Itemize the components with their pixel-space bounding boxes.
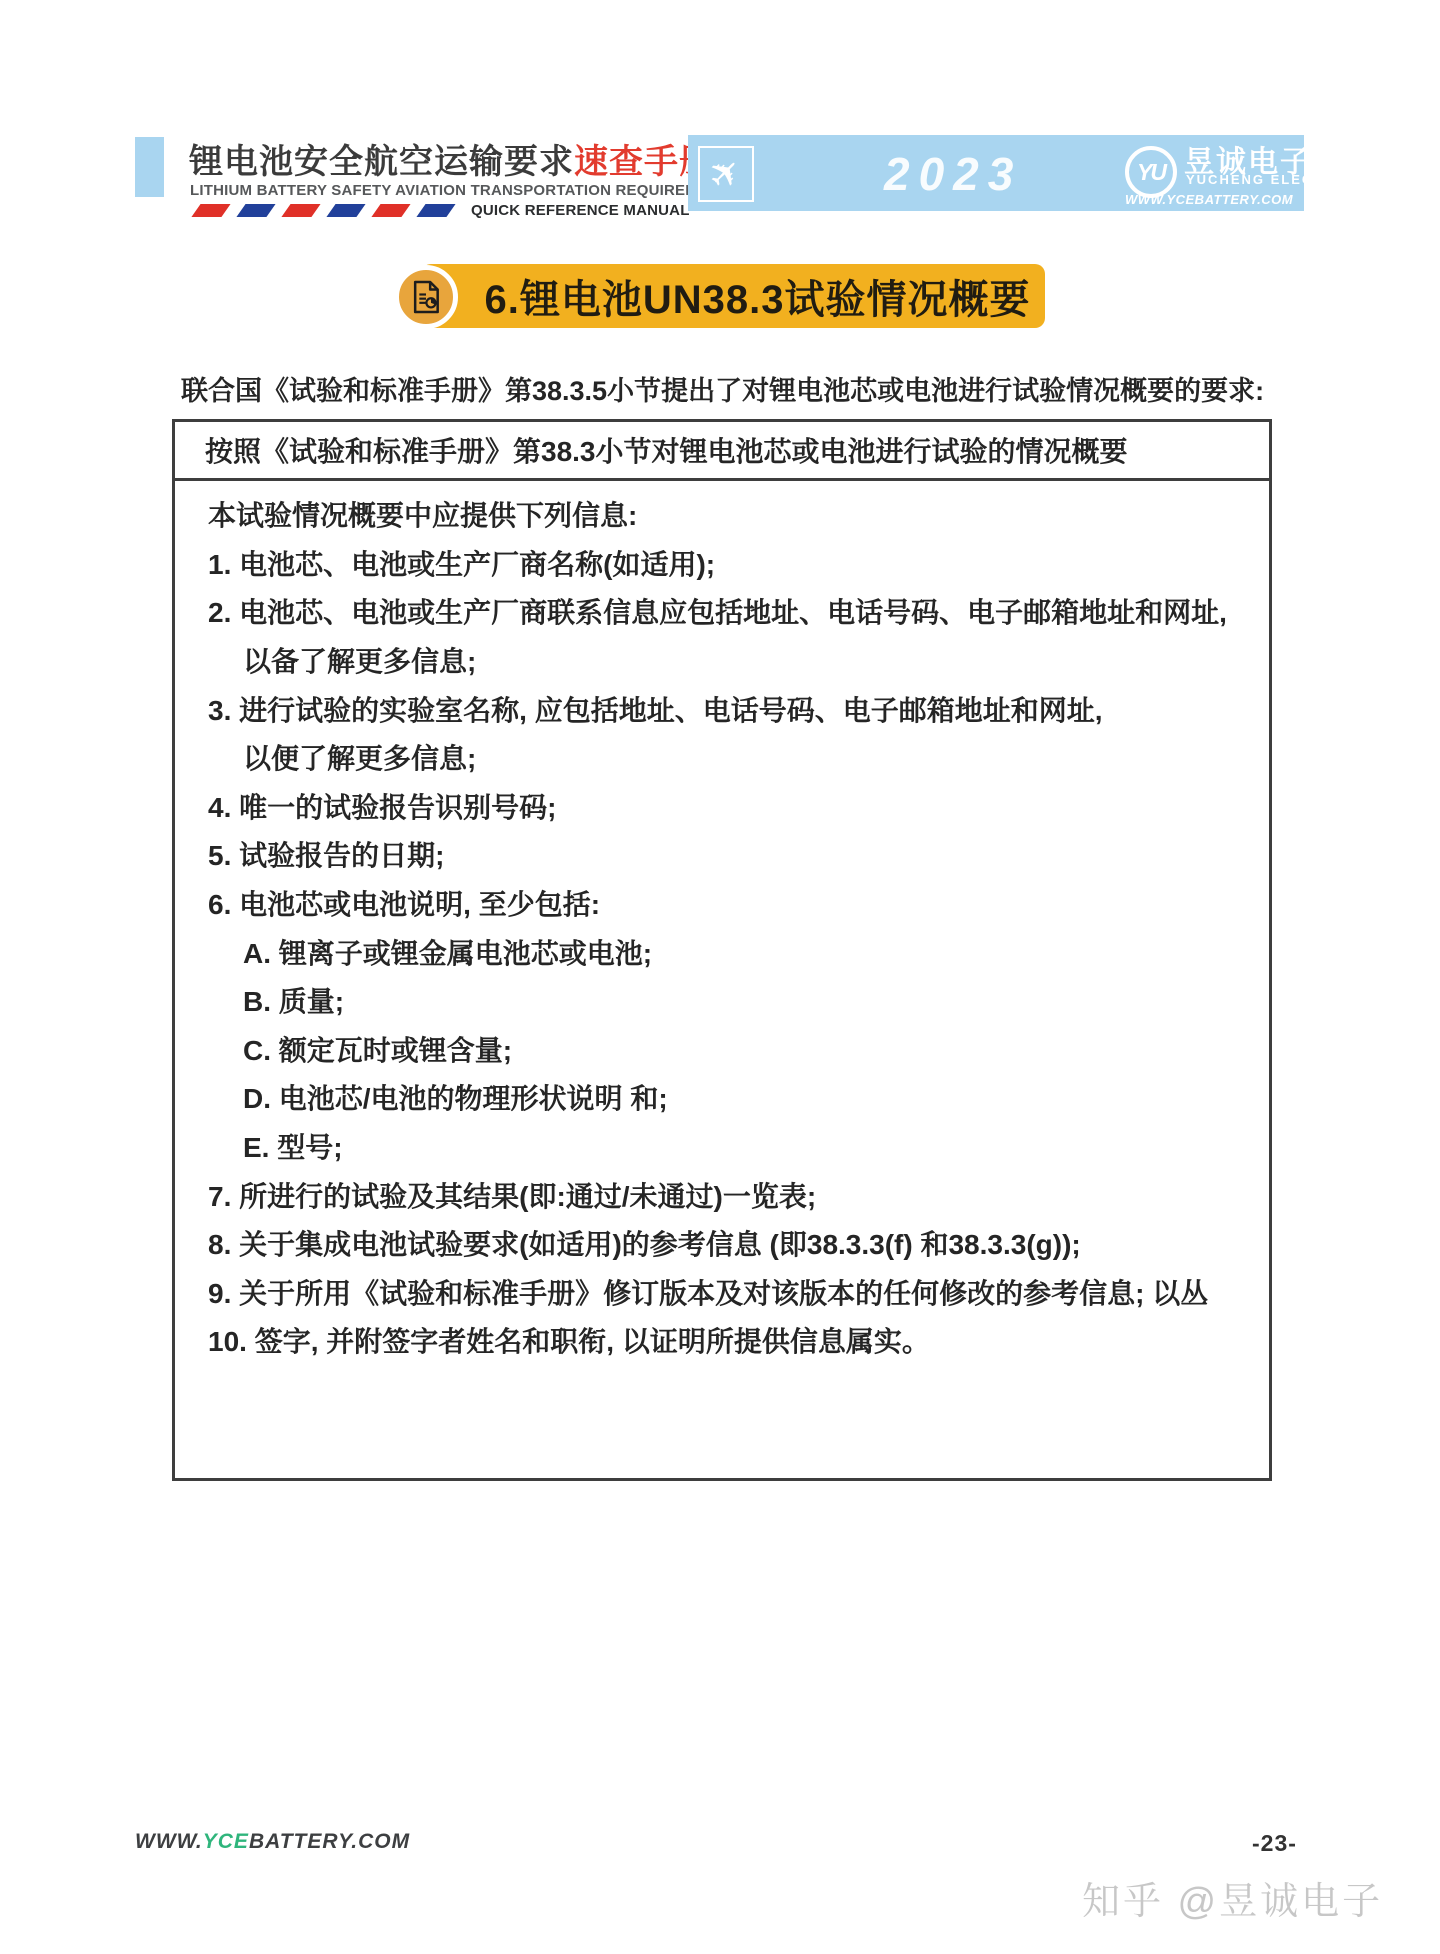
manual-title-main: 锂电池安全航空运输要求 — [189, 143, 574, 181]
header-year-band: ✈ 2023 YU 昱诚电子 YUCHENG ELEC WWW.YCEBATTE… — [688, 135, 1304, 211]
list-item: 4. 唯一的试验报告识别号码; — [175, 782, 1269, 831]
quick-reference-label: QUICK REFERENCE MANUAL — [471, 202, 690, 219]
logo-site-url: WWW.YCEBATTERY.COM — [1125, 192, 1293, 207]
year-label: 2023 — [884, 147, 1022, 201]
logo-monogram-icon: YU — [1125, 146, 1177, 198]
flag-stripe-icon — [371, 204, 410, 217]
list-item: C. 额定瓦时或锂含量; — [175, 1025, 1269, 1074]
list-item: 9. 关于所用《试验和标准手册》修订版本及对该版本的任何修改的参考信息; 以丛 — [175, 1268, 1269, 1317]
flag-stripe-icon — [281, 204, 320, 217]
list-item: 以备了解更多信息; — [175, 636, 1269, 685]
list-item: D. 电池芯/电池的物理形状说明 和; — [175, 1073, 1269, 1122]
footer-site-prefix: WWW. — [135, 1830, 203, 1853]
list-item: 6. 电池芯或电池说明, 至少包括: — [175, 879, 1269, 928]
list-item: 8. 关于集成电池试验要求(如适用)的参考信息 (即38.3.3(f) 和38.… — [175, 1219, 1269, 1268]
list-item: E. 型号; — [175, 1122, 1269, 1171]
list-item: B. 质量; — [175, 976, 1269, 1025]
logo-name-en: YUCHENG ELEC — [1186, 172, 1313, 187]
list-item: 以便了解更多信息; — [175, 733, 1269, 782]
airplane-icon: ✈ — [701, 149, 750, 198]
footer-site-url: WWW.YCEBATTERY.COM — [135, 1830, 410, 1854]
flag-stripe-icon — [416, 204, 455, 217]
intro-text: 联合国《试验和标准手册》第38.3.5小节提出了对锂电池芯或电池进行试验情况概要… — [181, 369, 1264, 408]
page-number: -23- — [1252, 1830, 1297, 1857]
manual-title: 锂电池安全航空运输要求速查手册 — [189, 134, 714, 183]
footer-site-suffix: BATTERY.COM — [249, 1830, 410, 1853]
flag-stripes-decoration: QUICK REFERENCE MANUAL — [196, 203, 690, 217]
airplane-icon-frame: ✈ — [698, 146, 754, 202]
section-icon-circle — [394, 265, 458, 329]
list-item: 本试验情况概要中应提供下列信息: — [175, 490, 1269, 539]
summary-box-header: 按照《试验和标准手册》第38.3小节对锂电池芯或电池进行试验的情况概要 — [175, 422, 1269, 481]
report-document-icon — [411, 280, 441, 314]
zhihu-watermark: 知乎 @昱诚电子 — [1082, 1870, 1383, 1925]
list-item: 1. 电池芯、电池或生产厂商名称(如适用); — [175, 539, 1269, 588]
section-title: 6.锂电池UN38.3试验情况概要 — [470, 264, 1045, 328]
header-accent-bar — [135, 137, 164, 197]
summary-box: 按照《试验和标准手册》第38.3小节对锂电池芯或电池进行试验的情况概要 本试验情… — [172, 419, 1272, 1481]
flag-stripe-icon — [236, 204, 275, 217]
list-item: 7. 所进行的试验及其结果(即:通过/未通过)一览表; — [175, 1170, 1269, 1219]
flag-stripe-icon — [326, 204, 365, 217]
list-item: 10. 签字, 并附签字者姓名和职衔, 以证明所提供信息属实。 — [175, 1316, 1269, 1365]
list-item: 2. 电池芯、电池或生产厂商联系信息应包括地址、电话号码、电子邮箱地址和网址, — [175, 587, 1269, 636]
flag-stripe-icon — [191, 204, 230, 217]
list-item: A. 锂离子或锂金属电池芯或电池; — [175, 927, 1269, 976]
summary-box-body: 本试验情况概要中应提供下列信息: 1. 电池芯、电池或生产厂商名称(如适用); … — [175, 490, 1269, 1365]
manual-subtitle-en: LITHIUM BATTERY SAFETY AVIATION TRANSPOR… — [190, 182, 739, 199]
list-item: 5. 试验报告的日期; — [175, 830, 1269, 879]
footer-site-brand: YCE — [203, 1830, 249, 1853]
page: 锂电池安全航空运输要求速查手册 LITHIUM BATTERY SAFETY A… — [0, 0, 1440, 1954]
list-item: 3. 进行试验的实验室名称, 应包括地址、电话号码、电子邮箱地址和网址, — [175, 684, 1269, 733]
